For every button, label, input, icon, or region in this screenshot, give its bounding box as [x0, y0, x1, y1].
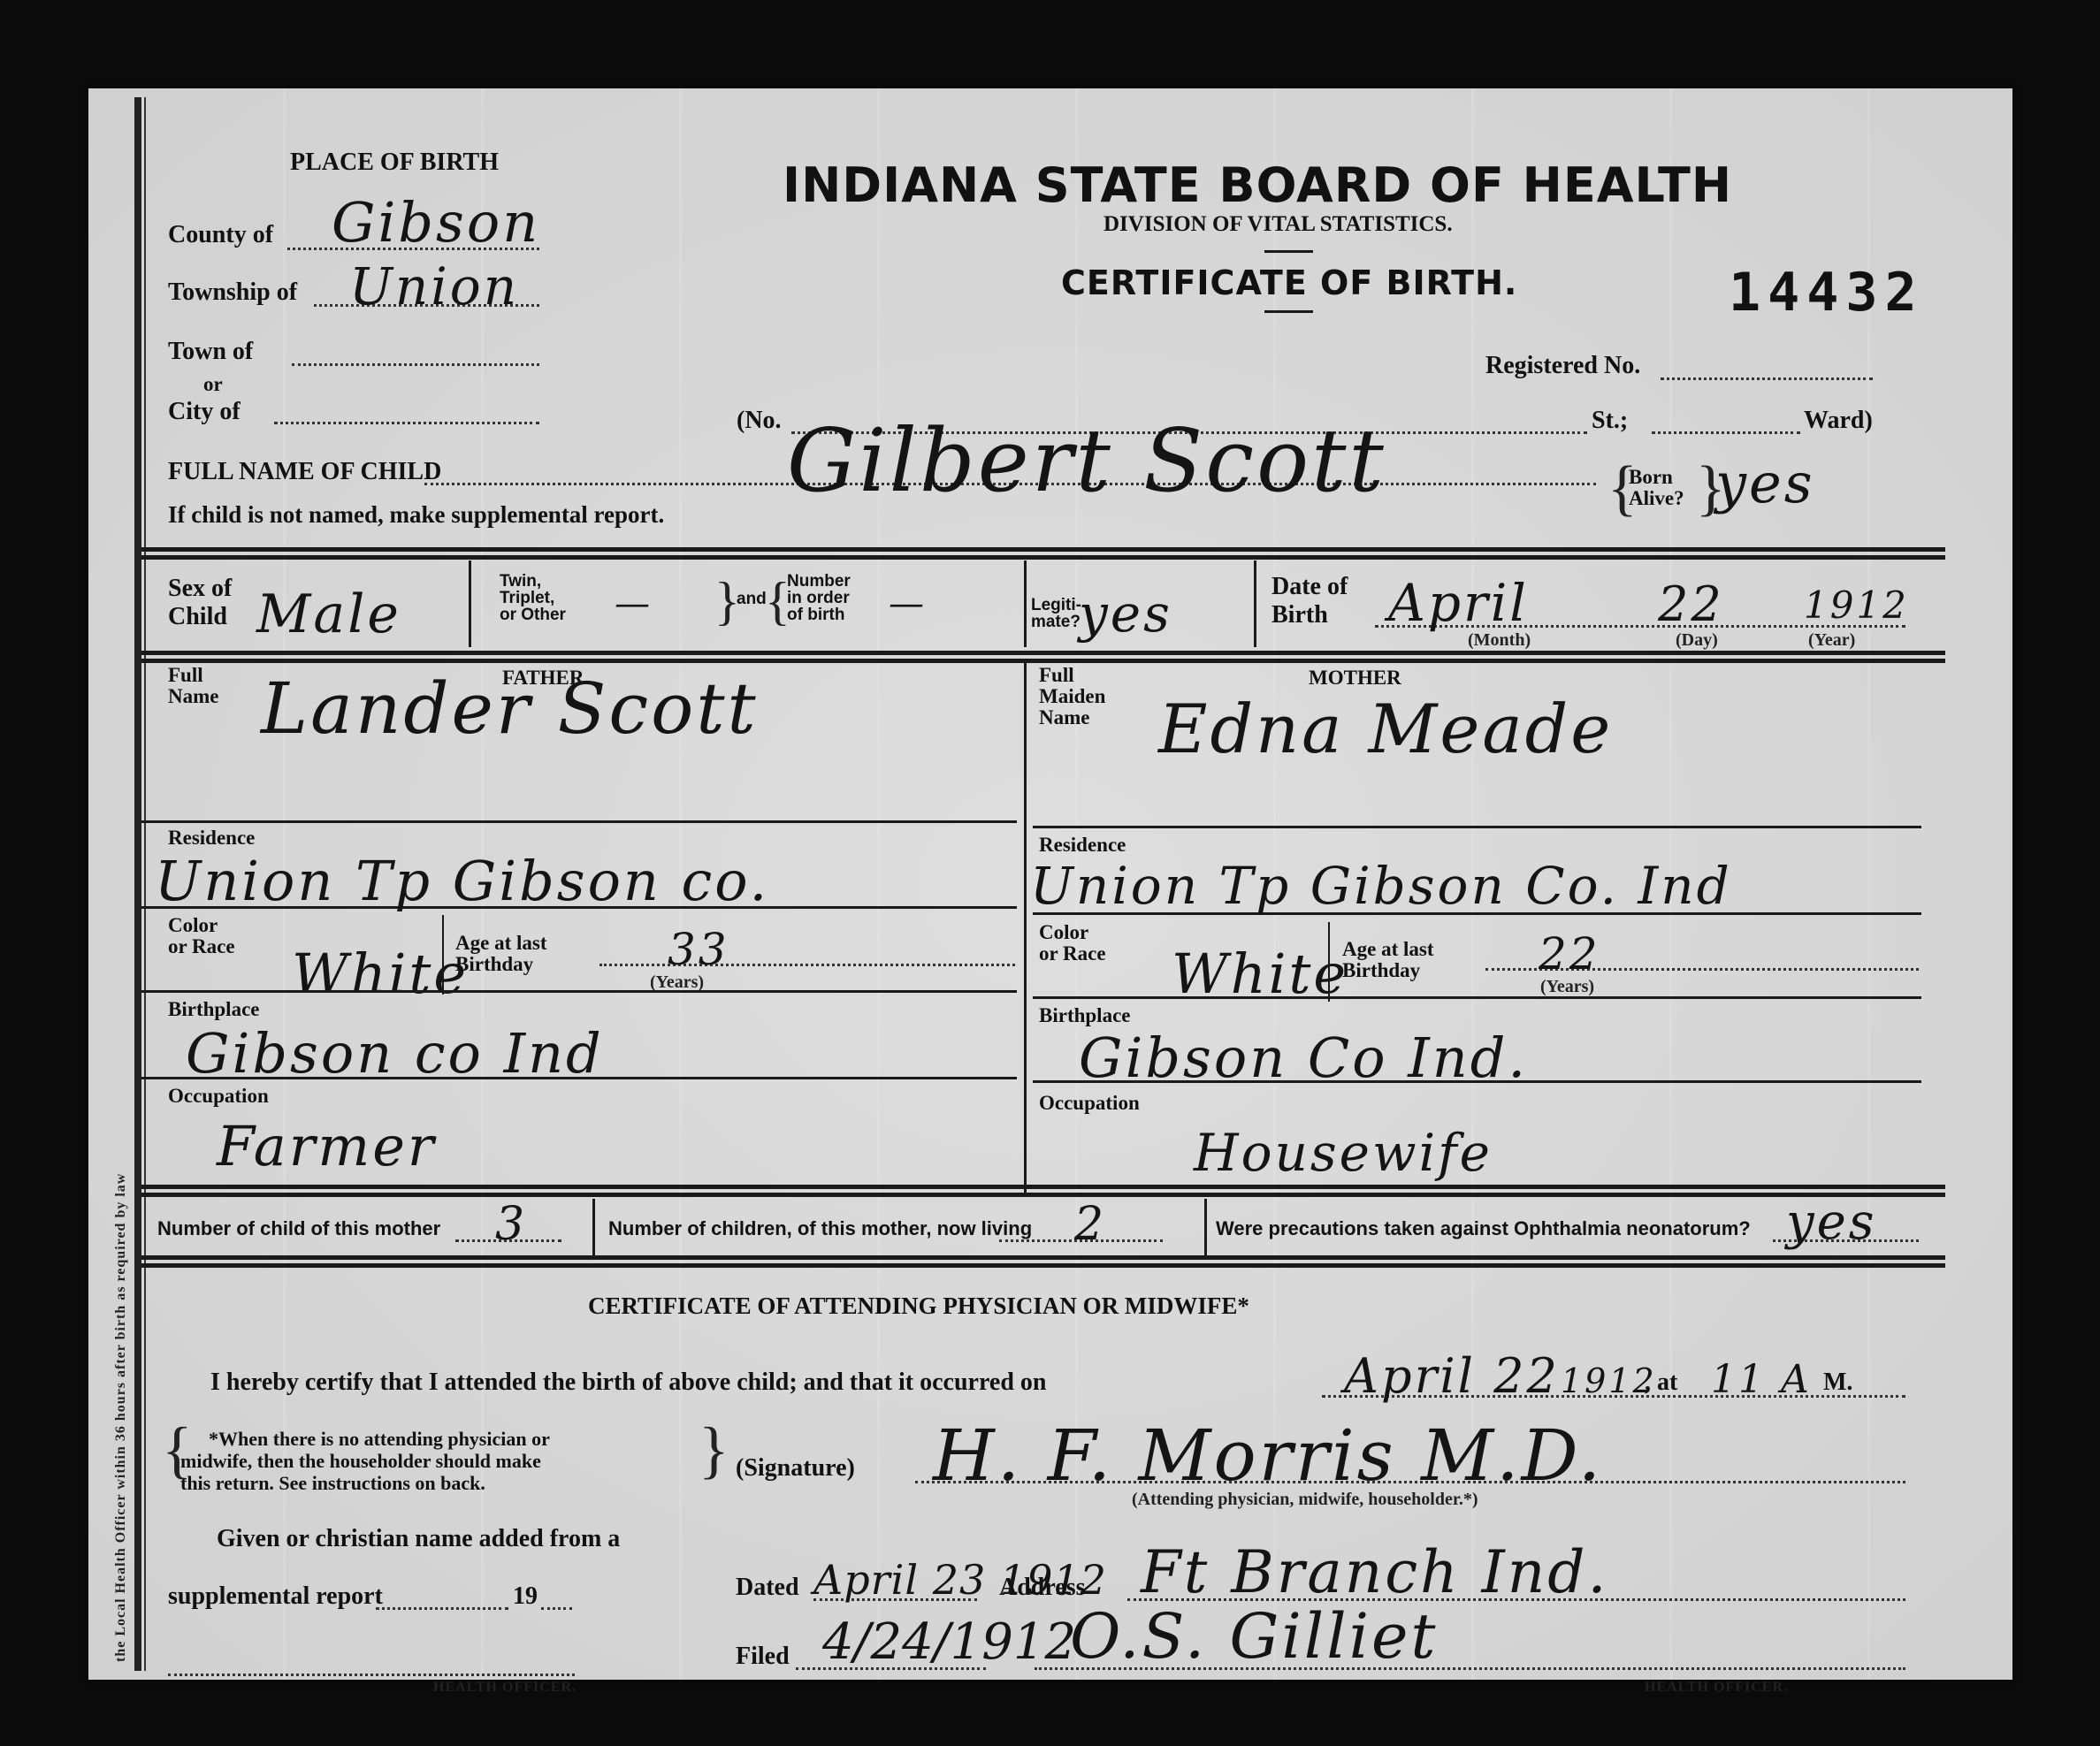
registered-no-label: Registered No.	[1485, 352, 1640, 380]
dob-year: 1912	[1804, 583, 1909, 627]
child-name-value: Gilbert Scott	[787, 411, 1386, 512]
father-occupation-value: Farmer	[217, 1114, 437, 1178]
dob-label: Date ofBirth	[1271, 573, 1348, 629]
father-birthplace-label: Birthplace	[168, 999, 260, 1020]
mother-occupation-value: Housewife	[1194, 1123, 1493, 1183]
occurred-year: 1912	[1561, 1361, 1657, 1400]
mother-occupation-label: Occupation	[1039, 1093, 1140, 1114]
month-caption: (Month)	[1468, 630, 1531, 651]
filed-value: 4/24/1912	[822, 1613, 1076, 1671]
born-alive-label: BornAlive?	[1629, 467, 1684, 509]
full-name-of-child-label: FULL NAME OF CHILD	[168, 458, 441, 486]
division-subtitle: DIVISION OF VITAL STATISTICS.	[1103, 212, 1453, 237]
mother-residence-label: Residence	[1039, 835, 1126, 856]
certify-text: I hereby certify that I attended the bir…	[210, 1369, 1046, 1397]
year-caption: (Year)	[1808, 630, 1855, 651]
physician-heading: CERTIFICATE OF ATTENDING PHYSICIAN OR MI…	[588, 1292, 1249, 1320]
place-of-birth-heading: PLACE OF BIRTH	[290, 149, 499, 177]
certificate-number: 14432	[1729, 262, 1924, 324]
twin-label: Twin,Triplet,or Other	[500, 573, 566, 623]
supplemental-year-prefix: 19	[513, 1582, 538, 1611]
father-residence-value: Union Tp Gibson co.	[155, 849, 769, 913]
health-officer-signature: O.S. Gilliet	[1070, 1600, 1439, 1673]
physician-signature: H. F. Morris M.D.	[933, 1414, 1603, 1497]
dob-day: 22	[1658, 576, 1724, 632]
document-title: CERTIFICATE OF BIRTH.	[1061, 263, 1517, 302]
mother-age-label: Age at lastBirthday	[1342, 939, 1433, 981]
dob-month: April	[1388, 573, 1529, 633]
dated-label: Dated	[736, 1574, 799, 1602]
supplemental-line-1: Given or christian name added from a	[217, 1525, 620, 1553]
township-value: Union	[349, 256, 519, 316]
street-label: St.;	[1592, 407, 1628, 435]
occurred-time: 11 A	[1711, 1357, 1812, 1402]
ophthalmia-label: Were precautions taken against Ophthalmi…	[1216, 1220, 1751, 1237]
mother-years-caption: (Years)	[1540, 977, 1594, 997]
address-label: Address	[999, 1574, 1086, 1602]
at-label: , at	[1645, 1369, 1677, 1397]
mother-residence-value: Union Tp Gibson Co. Ind	[1030, 856, 1732, 916]
living-label: Number of children, of this mother, now …	[608, 1220, 1032, 1237]
father-name-label: FullName	[168, 665, 218, 707]
supplemental-health-officer-caption: HEALTH OFFICER.	[433, 1680, 577, 1696]
father-birthplace-value: Gibson co Ind	[186, 1021, 604, 1086]
footnote: *When there is no attending physician or…	[180, 1428, 550, 1494]
county-value: Gibson	[332, 190, 540, 255]
born-alive-value: yes	[1715, 451, 1815, 515]
city-label: City of	[168, 398, 241, 426]
filed-label: Filed	[736, 1643, 790, 1671]
mother-name-label: FullMaidenName	[1039, 665, 1105, 728]
living-value: 2	[1074, 1198, 1106, 1251]
child-number-value: 3	[495, 1198, 527, 1251]
father-color-label: Coloror Race	[168, 915, 235, 957]
father-residence-label: Residence	[168, 827, 255, 849]
father-age-label: Age at lastBirthday	[455, 933, 546, 975]
health-officer-caption: HEALTH OFFICER.	[1645, 1680, 1788, 1696]
father-name-value: Lander Scott	[261, 667, 759, 750]
father-occupation-label: Occupation	[168, 1086, 269, 1107]
town-label: Town of	[168, 338, 253, 366]
mother-age-value: 22	[1539, 928, 1600, 980]
ophthalmia-value: yes	[1786, 1193, 1877, 1251]
twin-value: —	[615, 583, 653, 624]
agency-title: INDIANA STATE BOARD OF HEALTH	[783, 157, 1732, 213]
mother-birthplace-label: Birthplace	[1039, 1005, 1131, 1026]
signature-caption: (Attending physician, midwife, household…	[1132, 1490, 1478, 1510]
not-named-note: If child is not named, make supplemental…	[168, 504, 664, 525]
legitimate-label: Legiti-mate?	[1031, 597, 1081, 630]
margin-rule	[134, 97, 141, 1671]
margin-note: the Local Health Officer within 36 hours…	[113, 1173, 129, 1662]
township-label: Township of	[168, 278, 297, 307]
county-label: County of	[168, 221, 273, 249]
ward-label: Ward)	[1804, 407, 1873, 435]
sex-label: Sex ofChild	[168, 575, 232, 631]
child-number-label: Number of child of this mother	[157, 1220, 440, 1237]
signature-label: (Signature)	[736, 1454, 855, 1483]
footnote-brace-right: }	[699, 1419, 729, 1481]
mother-color-label: Coloror Race	[1039, 922, 1106, 964]
legitimate-value: yes	[1079, 583, 1172, 644]
street-no-label: (No.	[737, 407, 782, 435]
mother-birthplace-value: Gibson Co Ind.	[1079, 1025, 1528, 1090]
am-pm-label: M.	[1823, 1369, 1852, 1397]
day-caption: (Day)	[1676, 630, 1718, 651]
order-value: —	[889, 583, 927, 624]
sex-value: Male	[256, 583, 401, 645]
occurred-date: April 22	[1344, 1348, 1560, 1404]
order-label: Numberin orderof birth	[787, 573, 851, 623]
mother-name-value: Edna Meade	[1158, 690, 1613, 768]
supplemental-line-2: supplemental report	[168, 1582, 383, 1611]
mother-heading: MOTHER	[1309, 667, 1401, 689]
address-value: Ft Branch Ind.	[1141, 1538, 1608, 1606]
birth-certificate: the Local Health Officer within 36 hours…	[88, 88, 2012, 1680]
and-label: and	[737, 591, 767, 607]
or-label: or	[203, 374, 223, 395]
father-age-value: 33	[668, 924, 729, 975]
